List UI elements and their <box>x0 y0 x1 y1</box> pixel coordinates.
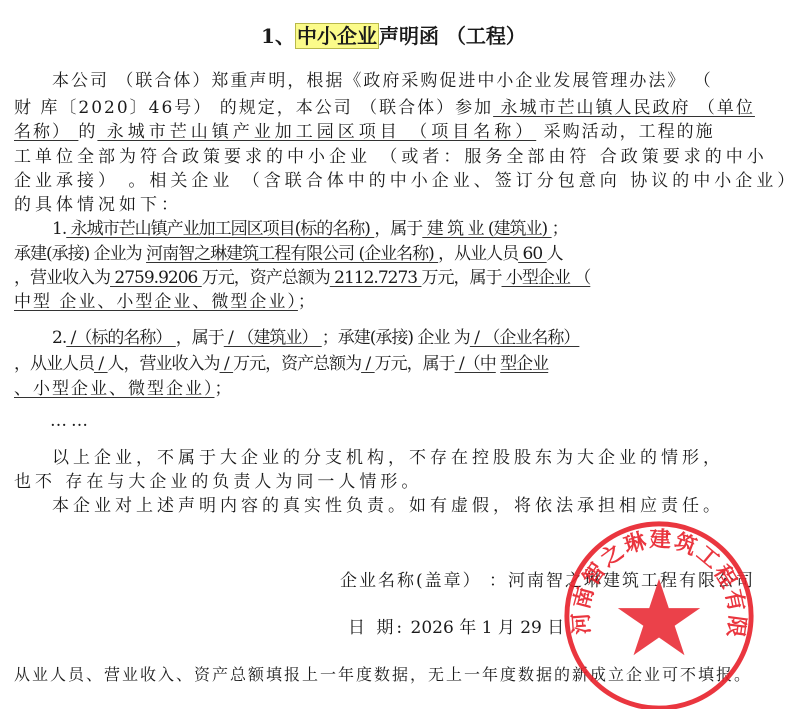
item1-end: ； <box>298 292 317 312</box>
item2-number: 2. <box>52 328 66 348</box>
item2-belongs-label: ，属于 <box>176 328 224 348</box>
item2-line-3: 、小型企业、微型企业）； <box>14 378 234 400</box>
intro-line-5: 企业承接） 。相关企业 （含联合体中的中小企业、签订分包意向 协议的中小企业） <box>14 170 787 192</box>
intro-line-2: 财 库〔2020〕46号） 的规定，本公司 （联合体）参加 永城市芒山镇人民政府… <box>14 97 755 119</box>
purchaser-name-cont: 名称） <box>14 122 78 142</box>
title-prefix: 1、 <box>261 24 295 48</box>
item1-number: 1. <box>52 219 66 239</box>
item1-revenue-unit: 万元，资产总额为 <box>202 268 330 288</box>
item2-contractor-name: / （企业名称） <box>470 328 580 348</box>
item1-staff-unit: 人 <box>547 244 563 264</box>
declaration-line-3: 本企业对上述声明内容的真实性负责。如有虚假，将依法承担相应责任。 <box>52 495 724 517</box>
item1-line-4: 中型 企业、小型企业、微型企业）； <box>14 291 317 313</box>
item2-staff-count: / <box>94 354 108 374</box>
item2-assets-unit: 万元，属于 <box>375 354 455 374</box>
page-title: 1、中小企业声明函 （工程） <box>0 22 787 50</box>
item1-semicolon: ； <box>552 219 568 239</box>
item1-size-options: 中型 企业、小型企业、微型企业） <box>14 292 298 312</box>
item1-staff-label: ，从业人员 <box>438 244 518 264</box>
project-name: 永城市芒山镇产业加工园区项目 （项目名称） <box>97 122 536 142</box>
item1-contractor-name: 河南智之琳建筑工程有限公司 (企业名称) <box>146 244 438 264</box>
item2-line-2: ，从业人员 / 人，营业收入为 / 万元，资产总额为 / 万元，属于 /（中 型… <box>14 353 548 375</box>
intro-l3-text: 的 <box>78 122 97 142</box>
date-label: 日 期: <box>348 618 405 638</box>
intro-line-4: 工单位全部为符合政策要求的中小企业 （或者：服务全部由符 合政策要求的中小 <box>14 146 768 168</box>
item2-contractor-label: ；承建(承接) 企业 为 <box>322 328 470 348</box>
item1-contractor-label: 承建(承接) 企业为 <box>14 244 146 264</box>
title-suffix: 声明函 （工程） <box>379 24 526 48</box>
intro-line-3: 名称） 的 永城市芒山镇产业加工园区项目 （项目名称） 采购活动，工程的施 <box>14 121 715 143</box>
ellipsis: …… <box>50 410 92 432</box>
item1-revenue-label: ，营业收入为 <box>14 268 110 288</box>
item1-project-name: 永城市芒山镇产业加工园区项目(标的名称) <box>66 219 374 239</box>
item1-assets-unit: 万元，属于 <box>422 268 502 288</box>
intro-l3-text2: 采购活动，工程的施 <box>536 122 714 142</box>
item1-staff-count: 60 <box>518 244 546 264</box>
declaration-line-2: 也不 存在与大企业的负责人为同一人情形。 <box>14 471 422 493</box>
item2-size: /（中 <box>455 354 496 374</box>
declaration-line-1: 以上企业，不属于大企业的分支机构，不存在控股股东为大企业的情形， <box>52 447 724 469</box>
company-seal: 河南智之琳建筑工程有限公司 <box>561 518 757 709</box>
star-icon <box>618 579 700 655</box>
company-label: 企业名称(盖章） ： <box>340 571 508 591</box>
item2-size-cont: 型企业 <box>500 354 548 374</box>
item1-industry: 建 筑 业 (建筑业) <box>422 219 551 239</box>
intro-line-6: 的具体情况如下： <box>14 194 182 216</box>
intro-line-1: 本公司 （联合体）郑重声明，根据《政府采购促进中小企业发展管理办法》 （ <box>52 70 713 92</box>
item1-assets: 2112.7273 <box>330 268 422 288</box>
title-highlight: 中小企业 <box>295 23 379 49</box>
item2-project-name: /（标的名称） <box>66 328 176 348</box>
item1-line-2: 承建(承接) 企业为 河南智之琳建筑工程有限公司 (企业名称) ，从业人员 60… <box>14 243 563 265</box>
item2-staff-unit: 人，营业收入为 <box>108 354 220 374</box>
item2-revenue: / <box>220 354 234 374</box>
intro-l2-text: 财 库〔2020〕46号） 的规定，本公司 （联合体）参加 <box>14 98 493 118</box>
item2-size-options: 、小型企业、微型企业） <box>14 379 215 399</box>
item2-line-1: 2. /（标的名称） ，属于 / （建筑业） ；承建(承接) 企业 为 / （企… <box>52 327 579 349</box>
item2-assets: / <box>361 354 375 374</box>
item1-line-3: ，营业收入为 2759.9206 万元，资产总额为 2112.7273 万元，属… <box>14 267 590 289</box>
item1-line-1: 1. 永城市芒山镇产业加工园区项目(标的名称) ，属于 建 筑 业 (建筑业) … <box>52 218 568 240</box>
item1-belongs-label: ，属于 <box>374 219 422 239</box>
item1-revenue: 2759.9206 <box>110 268 202 288</box>
signature-date: 日 期: 2026 年 1 月 29 日 <box>348 617 564 639</box>
purchaser-name: 永城市芒山镇人民政府 （单位 <box>493 98 755 118</box>
date-value: 2026 年 1 月 29 日 <box>411 618 565 638</box>
item2-staff-label: ，从业人员 <box>14 354 94 374</box>
item2-industry: / （建筑业） <box>224 328 322 348</box>
item1-size: 小型企业 （ <box>502 268 591 288</box>
item2-revenue-unit: 万元，资产总额为 <box>233 354 361 374</box>
item2-end: ； <box>215 379 234 399</box>
